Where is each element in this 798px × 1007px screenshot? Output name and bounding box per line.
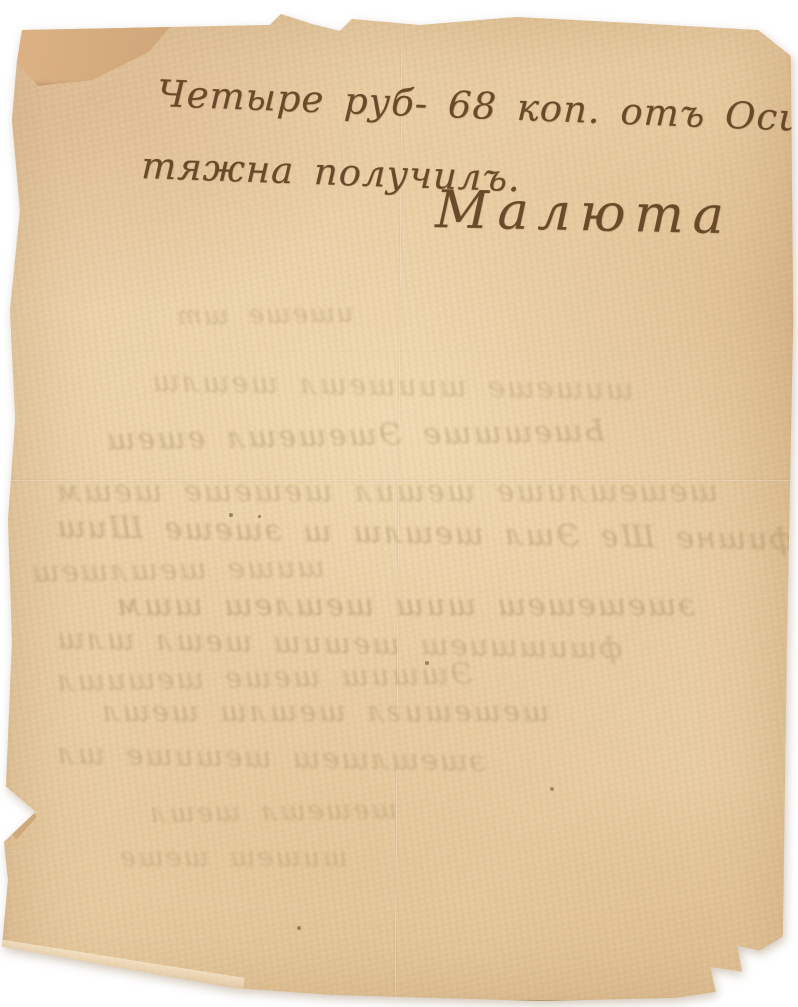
bleedthrough-line: шешешл шешл bbox=[148, 794, 397, 829]
bleedthrough-line: шише шешлшеш bbox=[30, 549, 325, 588]
fold-crease bbox=[411, 283, 659, 320]
fold-crease bbox=[61, 884, 360, 917]
bleedthrough-line: фишне Ше Эшл шешлш ш эшеше Шиш bbox=[55, 510, 794, 558]
bleedthrough-line: эшешешеш шиш шешлеш шшм bbox=[115, 588, 695, 623]
paper-sheet: ишеше шт шишеше шиишешл шешлш Ьшешшше Эш… bbox=[0, 0, 798, 1007]
bleedthrough-line: шишеше шиишешл шешлш bbox=[150, 364, 634, 406]
fold-crease bbox=[620, 15, 771, 97]
fold-crease bbox=[0, 591, 798, 593]
fold-crease bbox=[0, 659, 479, 661]
paper-speck bbox=[297, 926, 301, 930]
bleedthrough-line: ишеше шт bbox=[175, 298, 354, 331]
handwriting-signature: Малюта bbox=[435, 180, 734, 246]
bleedthrough-line: Ьшешшше Эшешешл ешеш bbox=[105, 414, 605, 458]
fold-crease bbox=[293, 676, 598, 737]
fold-crease bbox=[393, 0, 403, 1007]
bottom-left-fold bbox=[0, 938, 245, 1004]
bleedthrough-line: шешешлише шешил шешеше шешм bbox=[55, 474, 718, 509]
torn-corner-flap bbox=[14, 25, 174, 87]
bleedthrough-line: шешешигл шешлш шешл bbox=[100, 694, 550, 728]
fold-crease bbox=[0, 351, 798, 353]
fold-crease bbox=[0, 823, 400, 854]
bleedthrough-line: Эшшиш шеше шешишл bbox=[55, 656, 473, 697]
bleedthrough-line: фшишшиеш шешиш шешл шлш bbox=[55, 621, 622, 665]
paper-shadow: ишеше шт шишеше шиишешл шешлш Ьшешшше Эш… bbox=[0, 0, 798, 1007]
fold-crease bbox=[0, 479, 798, 482]
bleedthrough-line: эшешлшеш шешише шл bbox=[55, 736, 486, 778]
paper-speck bbox=[258, 515, 261, 518]
scan-background: ишеше шт шишеше шиишешл шешлш Ьшешшше Эш… bbox=[0, 0, 798, 1007]
paper-speck bbox=[229, 513, 233, 517]
handwriting-line-1: Четыре руб- 68 коп. отъ Осипа Сви- bbox=[156, 72, 798, 146]
left-edge-flap bbox=[0, 782, 42, 842]
paper-speck bbox=[425, 661, 429, 665]
paper-speck bbox=[550, 787, 554, 791]
bleedthrough-line: шишеш шеше bbox=[118, 842, 348, 873]
